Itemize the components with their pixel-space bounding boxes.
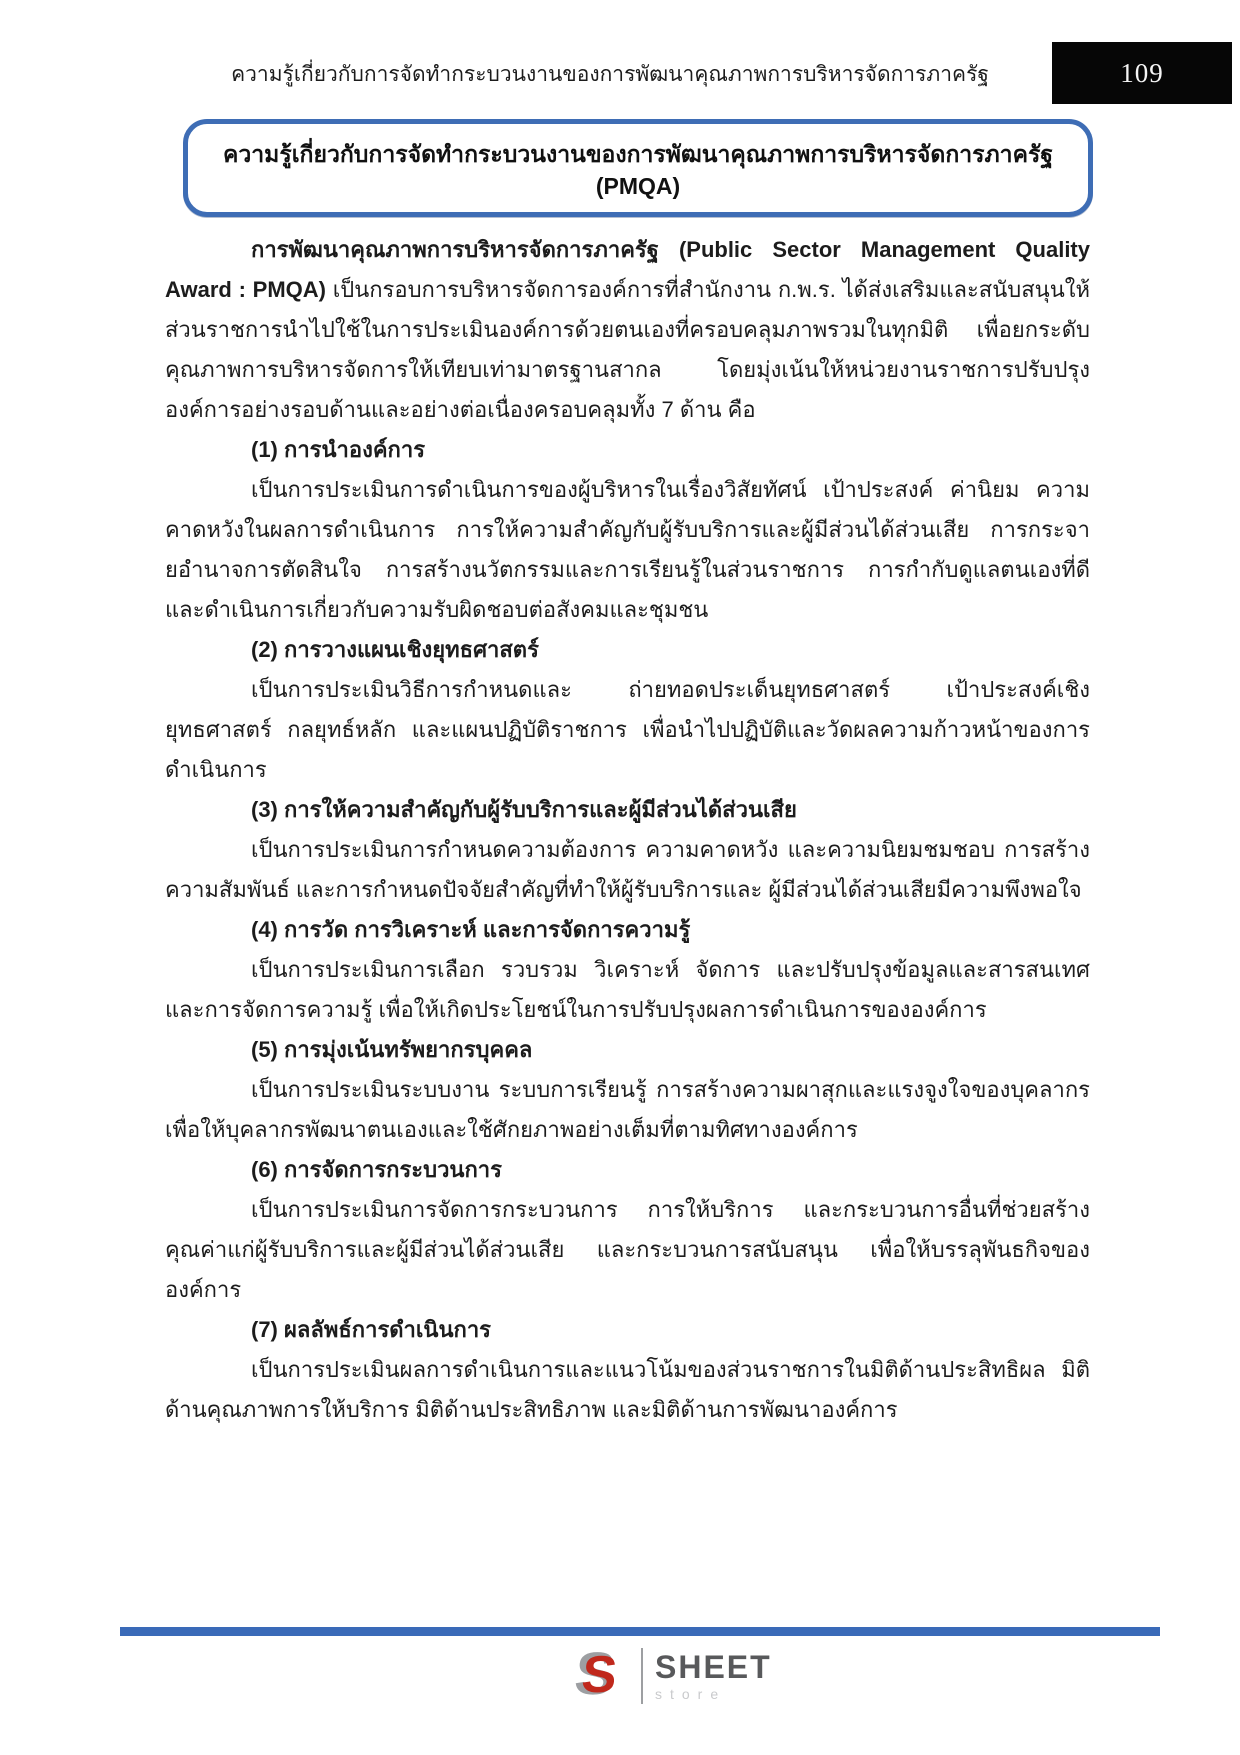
logo-divider — [641, 1648, 643, 1704]
text-run-bold: (1) การนำองค์การ — [251, 437, 425, 462]
section-heading: (3) การให้ความสำคัญกับผู้รับบริการและผู้… — [165, 790, 1090, 830]
text-run-bold: (2) การวางแผนเชิงยุทธศาสตร์ — [251, 637, 539, 662]
footer-divider-bar — [120, 1627, 1160, 1636]
section-heading: (6) การจัดการกระบวนการ — [165, 1150, 1090, 1190]
title-box: ความรู้เกี่ยวกับการจัดทำกระบวนงานของการพ… — [183, 119, 1093, 217]
paragraph: เป็นการประเมินการกำหนดความต้องการ ความคา… — [165, 830, 1090, 910]
text-run-bold: (7) ผลลัพธ์การดำเนินการ — [251, 1317, 491, 1342]
text-run: เป็นการประเมินผลการดำเนินการและแนวโน้มขอ… — [165, 1357, 1090, 1422]
text-run-bold: (5) การมุ่งเน้นทรัพยากรบุคคล — [251, 1037, 532, 1062]
sheet-store-logo-icon: S S — [575, 1645, 633, 1707]
text-run: เป็นการประเมินการจัดการกระบวนการ การให้บ… — [165, 1197, 1090, 1302]
page-number: 109 — [1120, 58, 1164, 89]
brand-name: SHEET — [655, 1651, 772, 1683]
document-page: ความรู้เกี่ยวกับการจัดทำกระบวนงานของการพ… — [0, 0, 1240, 1755]
logo-s-red: S — [579, 1645, 620, 1705]
running-header-title: ความรู้เกี่ยวกับการจัดทำกระบวนงานของการพ… — [175, 58, 1045, 91]
section-heading: (5) การมุ่งเน้นทรัพยากรบุคคล — [165, 1030, 1090, 1070]
section-heading: (4) การวัด การวิเคราะห์ และการจัดการความ… — [165, 910, 1090, 950]
brand-logo: S S SHEET store — [575, 1645, 772, 1707]
page-title: ความรู้เกี่ยวกับการจัดทำกระบวนงานของการพ… — [188, 137, 1088, 200]
paragraph: การพัฒนาคุณภาพการบริหารจัดการภาครัฐ (Pub… — [165, 230, 1090, 430]
text-run: เป็นการประเมินวิธีการกำหนดและ ถ่ายทอดประ… — [165, 677, 1090, 782]
section-heading: (2) การวางแผนเชิงยุทธศาสตร์ — [165, 630, 1090, 670]
paragraph: เป็นการประเมินการเลือก รวบรวม วิเคราะห์ … — [165, 950, 1090, 1030]
paragraph: เป็นการประเมินผลการดำเนินการและแนวโน้มขอ… — [165, 1350, 1090, 1430]
text-run: เป็นการประเมินการเลือก รวบรวม วิเคราะห์ … — [165, 957, 1090, 1022]
brand-subtitle: store — [655, 1687, 772, 1701]
document-body: การพัฒนาคุณภาพการบริหารจัดการภาครัฐ (Pub… — [165, 230, 1090, 1430]
paragraph: เป็นการประเมินการดำเนินการของผู้บริหารใน… — [165, 470, 1090, 630]
paragraph: เป็นการประเมินวิธีการกำหนดและ ถ่ายทอดประ… — [165, 670, 1090, 790]
paragraph: เป็นการประเมินการจัดการกระบวนการ การให้บ… — [165, 1190, 1090, 1310]
text-run-bold: (4) การวัด การวิเคราะห์ และการจัดการความ… — [251, 917, 690, 942]
text-run: เป็นการประเมินการกำหนดความต้องการ ความคา… — [165, 837, 1090, 902]
text-run: เป็นการประเมินการดำเนินการของผู้บริหารใน… — [165, 477, 1090, 622]
page-number-box: 109 — [1052, 42, 1232, 104]
paragraph: เป็นการประเมินระบบงาน ระบบการเรียนรู้ กา… — [165, 1070, 1090, 1150]
text-run-bold: (3) การให้ความสำคัญกับผู้รับบริการและผู้… — [251, 797, 797, 822]
text-run: เป็นการประเมินระบบงาน ระบบการเรียนรู้ กา… — [165, 1077, 1090, 1142]
brand-text: SHEET store — [655, 1651, 772, 1701]
section-heading: (1) การนำองค์การ — [165, 430, 1090, 470]
section-heading: (7) ผลลัพธ์การดำเนินการ — [165, 1310, 1090, 1350]
text-run-bold: (6) การจัดการกระบวนการ — [251, 1157, 502, 1182]
